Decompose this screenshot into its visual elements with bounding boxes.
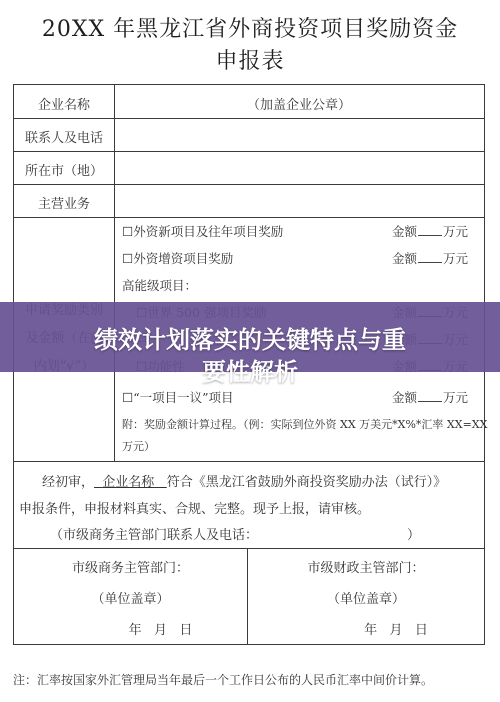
amount-blank-input[interactable] (418, 250, 442, 263)
main-business-label: 主营业务 (14, 193, 114, 212)
document-title-line-2: 申报表 (0, 44, 500, 75)
amount-unit: 万元 (443, 251, 468, 266)
amount-blank-input[interactable] (418, 223, 442, 236)
option-label: 外资新项目及往年项目奖励 (133, 224, 283, 239)
city-label: 所在市（地） (14, 160, 114, 179)
commerce-dept-seal: （单位盖章） (14, 588, 247, 607)
headline-line1: 绩效计划落实的关键特点与重 (25, 320, 475, 355)
review-prefix: 经初审， (42, 475, 94, 490)
main-business-field[interactable] (115, 185, 484, 217)
amount-new-project: 金额万元 (392, 222, 468, 240)
contact-line-open: （市级商务主管部门联系人及电话： (50, 528, 258, 543)
company-placeholder-text: 企业名称 (102, 475, 154, 490)
amount-capital-increase: 金额万元 (392, 249, 468, 267)
high-level-subheading: 高能级项目： (122, 276, 197, 294)
review-statement-line1: 经初审， 企业名称 符合《黑龙江省鼓励外商投资奖励办法（试行）》 (42, 471, 446, 490)
row-divider (14, 548, 484, 549)
option-label: “一项目一议”项目 (133, 390, 233, 405)
amount-prefix: 金额 (392, 224, 417, 239)
amount-unit: 万元 (443, 390, 468, 405)
amount-prefix: 金额 (392, 251, 417, 266)
calculation-note-line2: 万元） (122, 438, 155, 454)
amount-one-project: 金额万元 (392, 388, 468, 406)
company-name-placeholder[interactable]: 企业名称 (94, 475, 167, 490)
commerce-dept-date: 年 月 日 (44, 619, 277, 638)
checkbox-icon[interactable]: ☐ (122, 251, 133, 266)
exchange-rate-footnote: 注：汇率按国家外汇管理局当年最后一个工作日公布的人民币汇率中间价计算。 (13, 671, 433, 688)
finance-dept-seal: （单位盖章） (248, 588, 484, 607)
review-suffix: 符合《黑龙江省鼓励外商投资奖励办法（试行）》 (167, 475, 447, 490)
review-statement-line2: 申报条件，申报材料真实、合规、完整。现予上报，请审核。 (19, 498, 370, 517)
row-divider (14, 461, 484, 462)
amount-blank-input[interactable] (418, 389, 442, 402)
option-new-project[interactable]: ☐外资新项目及往年项目奖励 (122, 222, 283, 240)
company-name-field[interactable]: （加盖企业公章） (114, 94, 484, 113)
review-contact-line: （市级商务主管部门联系人及电话： ） (50, 524, 470, 543)
option-one-project-one-discussion[interactable]: ☐“一项目一议”项目 (122, 388, 234, 406)
checkbox-icon[interactable]: ☐ (122, 224, 133, 239)
option-label: 外资增资项目奖励 (133, 251, 233, 266)
headline-line2: 要性解析 (0, 352, 500, 387)
document-title-line-1: 20XX 年黑龙江省外商投资项目奖励资金 (0, 12, 500, 43)
city-field[interactable] (115, 152, 484, 184)
company-name-label: 企业名称 (14, 94, 114, 113)
contact-phone-field[interactable] (115, 119, 484, 151)
amount-unit: 万元 (443, 224, 468, 239)
commerce-dept-label: 市级商务主管部门： (14, 557, 247, 576)
option-capital-increase[interactable]: ☐外资增资项目奖励 (122, 249, 233, 267)
amount-prefix: 金额 (392, 390, 417, 405)
contact-phone-label: 联系人及电话 (14, 127, 114, 146)
checkbox-icon[interactable]: ☐ (122, 390, 133, 405)
calculation-note-line1: 附：奖励金额计算过程。（例：实际到位外资 XX 万美元*X%*汇率 XX=XX (122, 416, 487, 432)
row-divider (14, 217, 484, 218)
finance-dept-date: 年 月 日 (278, 619, 500, 638)
finance-dept-label: 市级财政主管部门： (248, 557, 484, 576)
contact-line-close: ） (407, 524, 420, 543)
